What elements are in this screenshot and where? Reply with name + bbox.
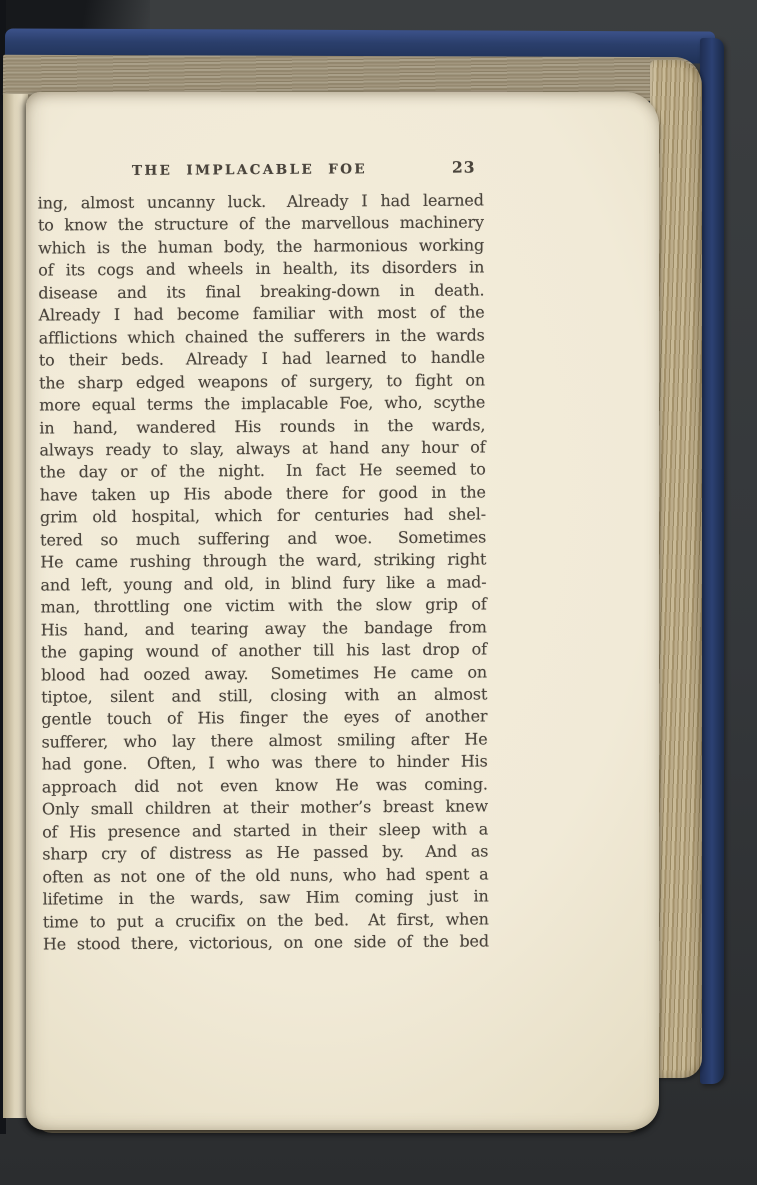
text-line: Already I had become familiar with most … [38, 302, 484, 328]
text-line: had gone. Often, I who was there to hind… [42, 751, 488, 777]
text-line: He stood there, victorious, on one side … [43, 930, 489, 956]
text-line: more equal terms the implacable Foe, who… [39, 392, 485, 418]
text-line: afflictions which chained the sufferers … [39, 324, 485, 350]
text-line: sharp cry of distress as He passed by. A… [42, 841, 488, 867]
text-line: sufferer, who lay there almost smiling a… [41, 728, 487, 754]
text-line: the gaping wound of another till his las… [41, 638, 487, 664]
text-line: tered so much suffering and woe. Sometim… [40, 526, 486, 552]
text-line: to their beds. Already I had learned to … [39, 347, 485, 373]
text-line: gentle touch of His finger the eyes of a… [41, 706, 487, 732]
text-line: approach did not even know He was coming… [42, 773, 488, 799]
book-cover-fore-edge [700, 38, 724, 1084]
text-line: ing, almost uncanny luck. Already I had … [38, 189, 484, 215]
adjacent-page-gutter [3, 94, 28, 1118]
text-line: His hand, and tearing away the bandage f… [41, 616, 487, 642]
page-body: ing, almost uncanny luck. Already I had … [38, 189, 489, 956]
text-line: lifetime in the wards, saw Him coming ju… [43, 885, 489, 911]
text-line: in hand, wandered His rounds in the ward… [39, 414, 485, 440]
page-number: 23 [452, 157, 476, 176]
text-line: the day or of the night. In fact He seem… [40, 459, 486, 485]
text-line: Only small children at their mother’s br… [42, 796, 488, 822]
book-page: THE IMPLACABLE FOE 23 ing, almost uncann… [26, 92, 659, 1130]
text-line: blood had oozed away. Sometimes He came … [41, 661, 487, 687]
text-line: time to put a crucifix on the bed. At fi… [43, 908, 489, 934]
text-line: grim old hospital, which for centuries h… [40, 504, 486, 530]
text-line: tiptoe, silent and still, closing with a… [41, 683, 487, 709]
text-line: disease and its final breaking-down in d… [38, 279, 484, 305]
page-content: THE IMPLACABLE FOE 23 ing, almost uncann… [37, 90, 490, 1131]
text-line: of His presence and started in their sle… [42, 818, 488, 844]
text-line: He came rushing through the ward, striki… [40, 549, 486, 575]
book-scan: THE IMPLACABLE FOE 23 ing, almost uncann… [0, 0, 757, 1185]
text-line: have taken up His abode there for good i… [40, 481, 486, 507]
text-line: always ready to slay, always at hand any… [39, 436, 485, 462]
text-line: the sharp edged weapons of surgery, to f… [39, 369, 485, 395]
text-line: which is the human body, the harmonious … [38, 234, 484, 260]
text-line: often as not one of the old nuns, who ha… [42, 863, 488, 889]
text-line: and left, young and old, in blind fury l… [40, 571, 486, 597]
text-line: of its cogs and wheels in health, its di… [38, 257, 484, 283]
running-title: THE IMPLACABLE FOE [37, 160, 483, 179]
page-header: THE IMPLACABLE FOE 23 [37, 160, 483, 179]
text-line: man, throttling one victim with the slow… [41, 594, 487, 620]
text-line: to know the structure of the marvellous … [38, 212, 484, 238]
